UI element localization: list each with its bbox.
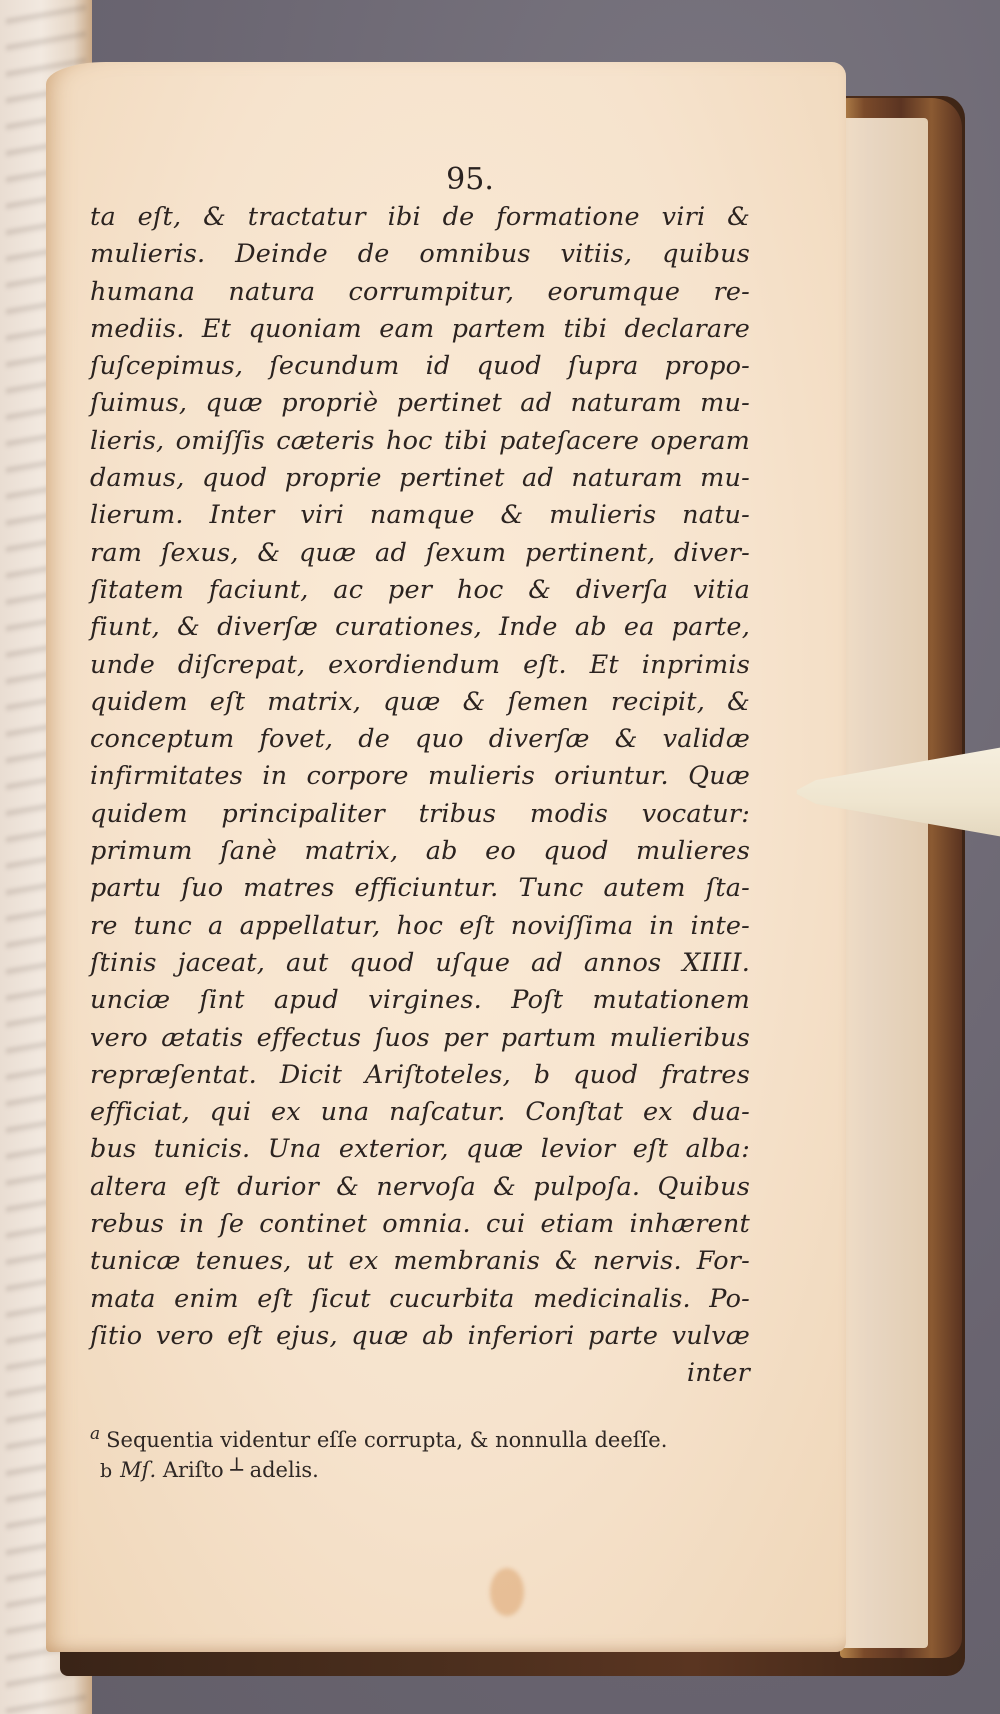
text-line: conceptum fovet, de quo diverſæ & validæ <box>90 721 750 758</box>
text-line: ram ſexus, & quæ ad ſexum pertinent, div… <box>90 535 750 572</box>
page-text-block: 95. ta eſt, & tractatur ibi de formation… <box>90 162 810 1486</box>
text-line: primum ſanè matrix, ab eo quod mulieres <box>90 833 750 870</box>
text-line: altera eſt durior & nervoſa & pulpoſa. Q… <box>90 1169 750 1206</box>
footnote-b: bMſ. Ariſto ┴ adelis. <box>90 1455 810 1486</box>
text-line: mulieris. Deinde de omnibus vitiis, quib… <box>90 236 750 273</box>
text-line: efficiat, qui ex una naſcatur. Conſtat e… <box>90 1094 750 1131</box>
text-line: partu ſuo matres efficiuntur. Tunc autem… <box>90 870 750 907</box>
text-line: repræſentat. Dicit Ariſtoteles, b quod f… <box>90 1057 750 1094</box>
text-line: mediis. Et quoniam eam partem tibi decla… <box>90 311 750 348</box>
footnote-text: Sequentia videntur eſſe corrupta, & nonn… <box>106 1428 667 1452</box>
text-line: ſtinis jaceat, aut quod uſque ad annos X… <box>90 945 750 982</box>
footnote-mark: b <box>100 1460 112 1482</box>
text-line: ſitatem faciunt, ac per hoc & diverſa vi… <box>90 572 750 609</box>
text-line: humana natura corrumpitur, eorumque re- <box>90 274 750 311</box>
page-number: 95. <box>90 162 810 197</box>
text-line: fiunt, & diverſæ curationes, Inde ab ea … <box>90 609 750 646</box>
text-line: lierum. Inter viri namque & mulieris nat… <box>90 497 750 534</box>
text-line: infirmitates in corpore mulieris oriuntu… <box>90 758 750 795</box>
catchword: inter <box>90 1355 750 1392</box>
text-line: damus, quod proprie pertinet ad naturam … <box>90 460 750 497</box>
text-line: ta eſt, & tractatur ibi de formatione vi… <box>90 199 750 236</box>
footnote-ms-abbrev: Mſ. <box>120 1458 156 1482</box>
foxing-stain <box>490 1568 524 1616</box>
text-line: ſitio vero eſt ejus, quæ ab inferiori pa… <box>90 1318 750 1355</box>
text-line: re tunc a appellatur, hoc eſt noviſſima … <box>90 908 750 945</box>
text-line: lieris, omiſſis cæteris hoc tibi pateſac… <box>90 423 750 460</box>
text-line: ſuimus, quæ propriè pertinet ad naturam … <box>90 385 750 422</box>
text-line: rebus in ſe continet omnia. cui etiam in… <box>90 1206 750 1243</box>
text-line: tunicæ tenues, ut ex membranis & nervis.… <box>90 1243 750 1280</box>
body-text: ta eſt, & tractatur ibi de formatione vi… <box>90 199 810 1393</box>
text-line: bus tunicis. Una exterior, quæ levior eſ… <box>90 1131 750 1168</box>
text-line: unde diſcrepat, exordiendum eſt. Et inpr… <box>90 647 750 684</box>
footnotes: aSequentia videntur eſſe corrupta, & non… <box>90 1419 810 1486</box>
footnote-mark: a <box>90 1424 100 1444</box>
text-line: unciæ ſint apud virgines. Poſt mutatione… <box>90 982 750 1019</box>
text-line: mata enim eſt ſicut cucurbita medicinali… <box>90 1281 750 1318</box>
text-line: quidem principaliter tribus modis vocatu… <box>90 796 750 833</box>
text-line: vero ætatis effectus ſuos per partum mul… <box>90 1020 750 1057</box>
text-line: ſuſcepimus, ſecundum id quod ſupra propo… <box>90 348 750 385</box>
footnote-text: Ariſto ┴ adelis. <box>163 1458 319 1482</box>
book-page: 95. ta eſt, & tractatur ibi de formation… <box>46 62 846 1652</box>
text-line: quidem eſt matrix, quæ & ſemen recipit, … <box>90 684 750 721</box>
footnote-a: aSequentia videntur eſſe corrupta, & non… <box>90 1419 810 1455</box>
